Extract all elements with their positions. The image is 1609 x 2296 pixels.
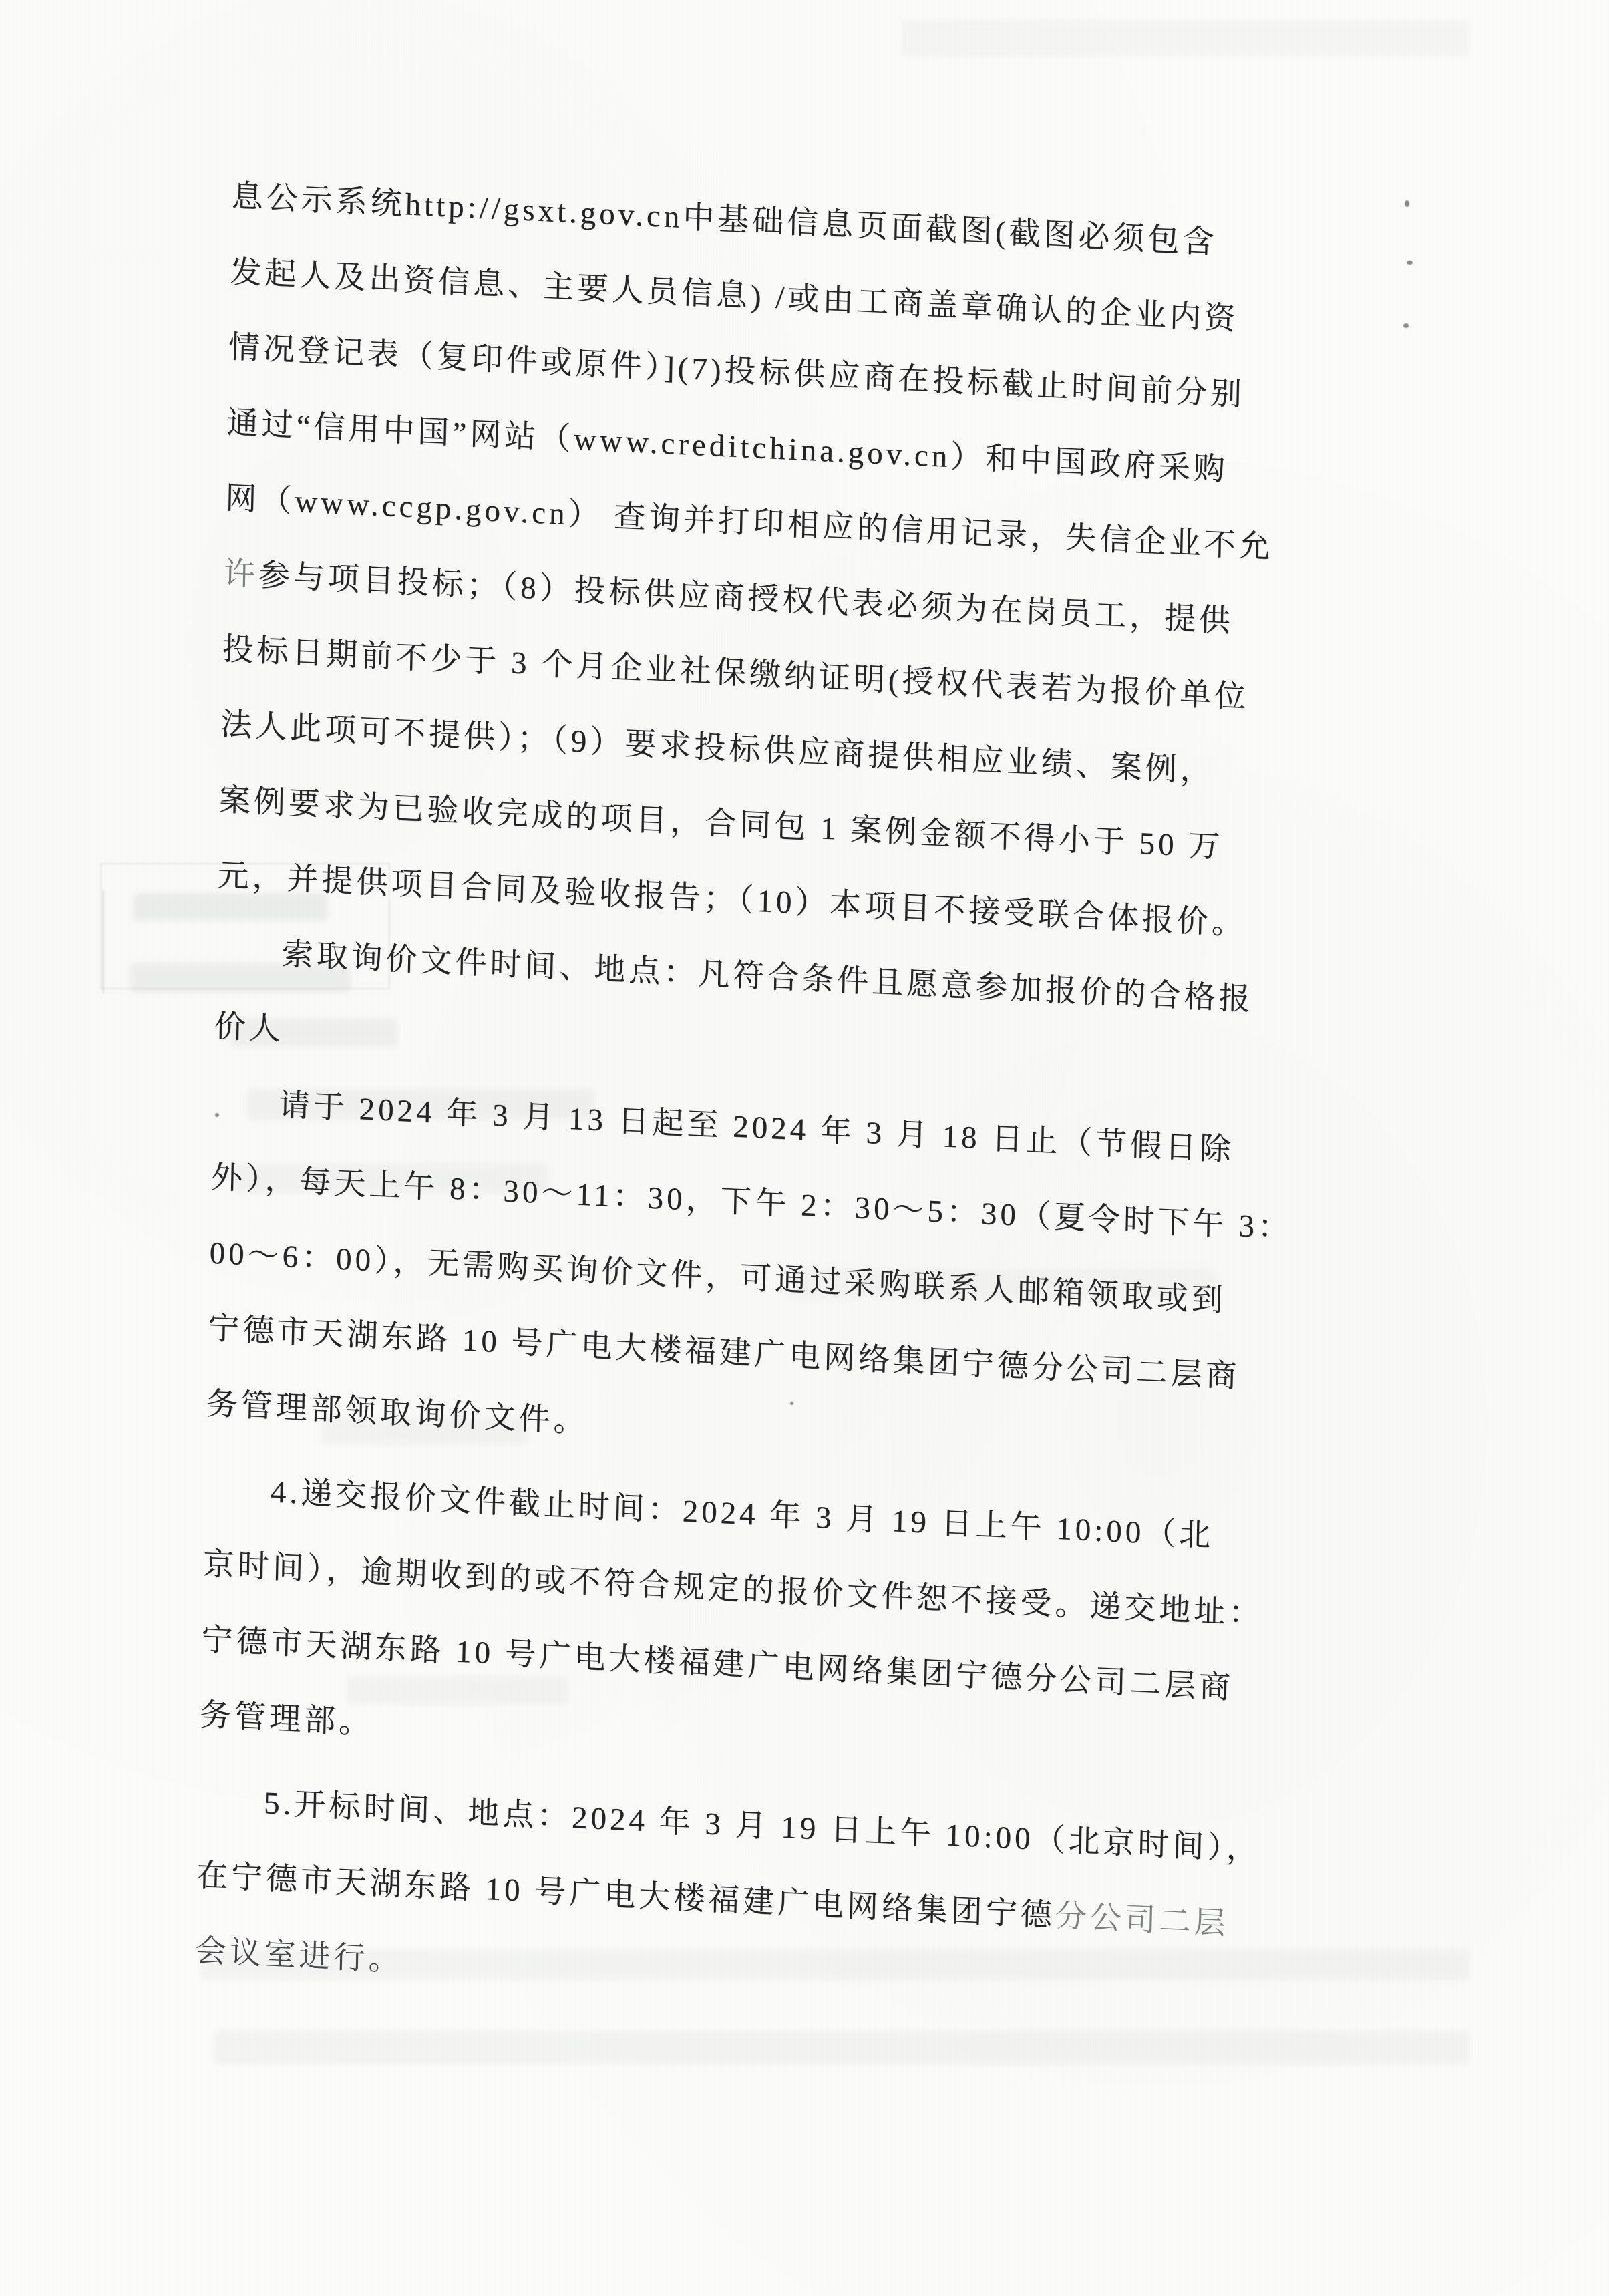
text-segment: 务管理部。 (200, 1697, 374, 1740)
text-segment: 价人 (214, 1009, 284, 1047)
bleedthrough-table-line (102, 890, 104, 993)
bleedthrough-smudge (902, 20, 1469, 57)
text-segment: 会议室进行。 (194, 1933, 403, 1978)
text-segment: 务管理部领取询价文件。 (206, 1387, 588, 1440)
scanned-document-page: 息公示系统http://gsxt.gov.cn中基础信息页面截图(截图必须包含发… (0, 0, 1609, 2296)
faded-text-segment: 分公司二层 (1055, 1899, 1229, 1941)
document-text-block: 息公示系统http://gsxt.gov.cn中基础信息页面截图(截图必须包含发… (194, 159, 1474, 2047)
faded-text-segment: 许 (223, 556, 258, 593)
scan-speck (1405, 200, 1409, 207)
